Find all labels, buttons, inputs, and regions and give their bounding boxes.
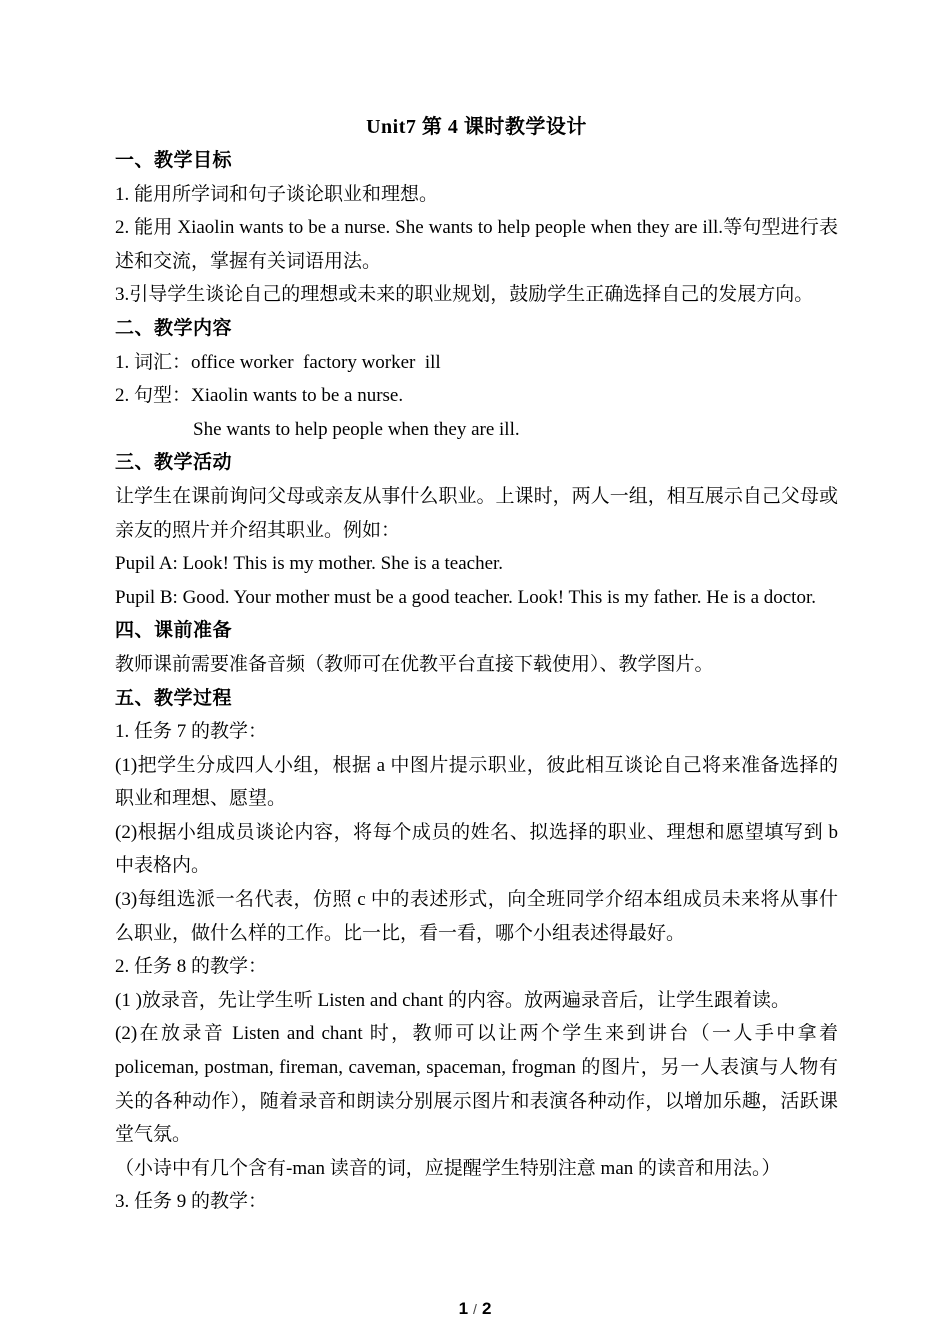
section-heading: 三、教学活动: [115, 446, 838, 480]
paragraph: 3.引导学生谈论自己的理想或未来的职业规划，鼓励学生正确选择自己的发展方向。: [115, 278, 838, 312]
page-number-total: 2: [482, 1299, 491, 1318]
paragraph: 教师课前需要准备音频（教师可在优教平台直接下载使用）、教学图片。: [115, 648, 838, 682]
paragraph: 让学生在课前询问父母或亲友从事什么职业。上课时，两人一组，相互展示自己父母或亲友…: [115, 480, 838, 547]
paragraph: 1. 词汇：office worker factory worker ill: [115, 346, 838, 380]
paragraph: (1)把学生分成四人小组，根据 a 中图片提示职业，彼此相互谈论自己将来准备选择…: [115, 749, 838, 816]
paragraph: (2)在放录音 Listen and chant 时，教师可以让两个学生来到讲台…: [115, 1017, 838, 1151]
section-heading: 一、教学目标: [115, 144, 838, 178]
page-number-current: 1: [459, 1299, 468, 1318]
paragraph: (1 )放录音，先让学生听 Listen and chant 的内容。放两遍录音…: [115, 984, 838, 1018]
page-footer: 1/2: [0, 1298, 950, 1320]
paragraph: 2. 任务 8 的教学：: [115, 950, 838, 984]
paragraph: 1. 能用所学词和句子谈论职业和理想。: [115, 178, 838, 212]
paragraph: 2. 句型：Xiaolin wants to be a nurse.: [115, 379, 838, 413]
paragraph: Pupil A: Look! This is my mother. She is…: [115, 547, 838, 581]
document-page: Unit7 第 4 课时教学设计 一、教学目标1. 能用所学词和句子谈论职业和理…: [0, 0, 950, 1344]
paragraph: 2. 能用 Xiaolin wants to be a nurse. She w…: [115, 211, 838, 278]
document-content: Unit7 第 4 课时教学设计 一、教学目标1. 能用所学词和句子谈论职业和理…: [115, 110, 838, 1219]
page-number-separator: /: [468, 1301, 482, 1317]
section-heading: 二、教学内容: [115, 312, 838, 346]
paragraph: She wants to help people when they are i…: [115, 413, 838, 447]
paragraph: 3. 任务 9 的教学：: [115, 1185, 838, 1219]
paragraph: （小诗中有几个含有-man 读音的词，应提醒学生特别注意 man 的读音和用法。…: [115, 1152, 838, 1186]
document-body: 一、教学目标1. 能用所学词和句子谈论职业和理想。2. 能用 Xiaolin w…: [115, 144, 838, 1219]
paragraph: Pupil B: Good. Your mother must be a goo…: [115, 581, 838, 615]
section-heading: 五、教学过程: [115, 682, 838, 716]
paragraph: (2)根据小组成员谈论内容，将每个成员的姓名、拟选择的职业、理想和愿望填写到 b…: [115, 816, 838, 883]
paragraph: 1. 任务 7 的教学：: [115, 715, 838, 749]
paragraph: (3)每组选派一名代表，仿照 c 中的表述形式，向全班同学介绍本组成员未来将从事…: [115, 883, 838, 950]
section-heading: 四、课前准备: [115, 614, 838, 648]
document-title: Unit7 第 4 课时教学设计: [115, 110, 838, 144]
